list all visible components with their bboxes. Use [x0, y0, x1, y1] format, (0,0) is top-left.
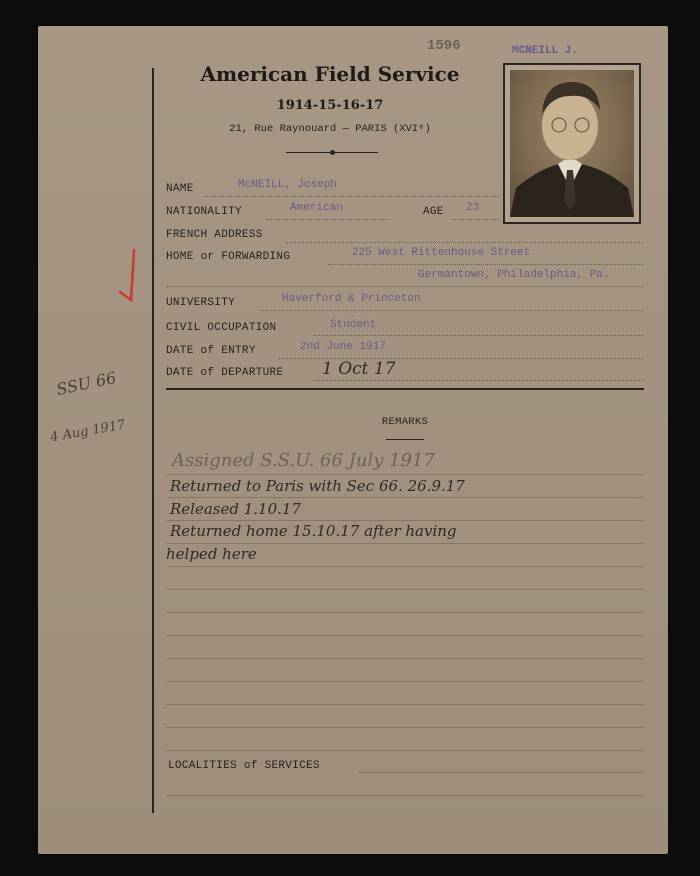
civil-occupation-value[interactable]: Student	[330, 319, 376, 331]
name-label: NAME	[166, 183, 194, 195]
civil-occupation-line	[314, 335, 644, 336]
form-years: 1914-15-16-17	[180, 98, 480, 113]
name-stamp: MCNEILL J.	[512, 45, 578, 57]
remarks-line	[166, 520, 644, 521]
divider-dot-icon	[330, 150, 335, 155]
remark-line-3: Released 1.10.17	[170, 500, 301, 518]
home-value-line1[interactable]: 225 West Rittenhouse Street	[352, 247, 530, 259]
university-label: UNIVERSITY	[166, 297, 235, 309]
name-value[interactable]: McNEILL, Joseph	[238, 179, 337, 191]
age-value[interactable]: 23	[466, 202, 479, 214]
margin-note-date: 4 Aug 1917	[49, 418, 126, 446]
name-line	[204, 196, 500, 197]
margin-note-unit: SSU 66	[55, 368, 118, 399]
remarks-heading: REMARKS	[166, 416, 644, 428]
nationality-label: NATIONALITY	[166, 206, 242, 218]
university-value[interactable]: Haverford & Princeton	[282, 293, 421, 305]
age-label: AGE	[423, 206, 444, 218]
portrait-icon	[510, 70, 634, 217]
french-address-line	[286, 242, 644, 243]
nationality-value[interactable]: American	[290, 202, 343, 214]
localities-line	[358, 772, 644, 773]
remarks-line	[166, 474, 644, 475]
remarks-line	[166, 727, 644, 728]
remark-line-1: Assigned S.S.U. 66 July 1917	[172, 450, 435, 471]
localities-label: LOCALITIES of SERVICES	[168, 760, 320, 772]
form-address: 21, Rue Raynouard — PARIS (XVIᵉ)	[180, 123, 480, 135]
age-line	[452, 219, 500, 220]
photo-frame	[503, 63, 641, 224]
remarks-line	[166, 658, 644, 659]
home-line-2	[166, 286, 644, 287]
remarks-line	[166, 612, 644, 613]
date-of-departure-line	[314, 380, 644, 381]
remarks-line	[166, 566, 644, 567]
date-of-entry-label: DATE of ENTRY	[166, 345, 256, 357]
date-of-departure-value[interactable]: 1 Oct 17	[322, 359, 396, 379]
nationality-line	[266, 219, 390, 220]
form-title: American Field Service	[180, 62, 480, 86]
localities-line	[166, 795, 644, 796]
remark-line-5: helped here	[166, 545, 257, 563]
date-of-entry-value[interactable]: 2nd June 1917	[300, 341, 386, 353]
home-value-line2[interactable]: Germantown, Philadelphia, Pa.	[418, 269, 609, 281]
file-number: 1596	[427, 38, 461, 54]
remarks-line	[166, 497, 644, 498]
remarks-line	[166, 635, 644, 636]
civil-occupation-label: CIVIL OCCUPATION	[166, 322, 276, 334]
remarks-line	[166, 543, 644, 544]
remarks-line	[166, 704, 644, 705]
date-of-departure-label: DATE of DEPARTURE	[166, 367, 283, 379]
remark-line-4: Returned home 15.10.17 after having	[170, 522, 457, 540]
home-label: HOME or FORWARDING	[166, 251, 290, 263]
check-mark-icon	[118, 248, 136, 304]
margin-rule	[152, 68, 154, 813]
remarks-underline	[386, 439, 424, 440]
portrait-photo	[510, 70, 634, 217]
record-card: SSU 66 4 Aug 1917 1596 MCNEILL J. Americ…	[38, 26, 668, 854]
remarks-line	[166, 681, 644, 682]
university-line	[260, 310, 644, 311]
home-line-1	[328, 264, 644, 265]
remarks-line	[166, 750, 644, 751]
section-divider	[166, 388, 644, 390]
remark-line-2: Returned to Paris with Sec 66. 26.9.17	[170, 477, 465, 495]
remarks-line	[166, 589, 644, 590]
french-address-label: FRENCH ADDRESS	[166, 229, 263, 241]
